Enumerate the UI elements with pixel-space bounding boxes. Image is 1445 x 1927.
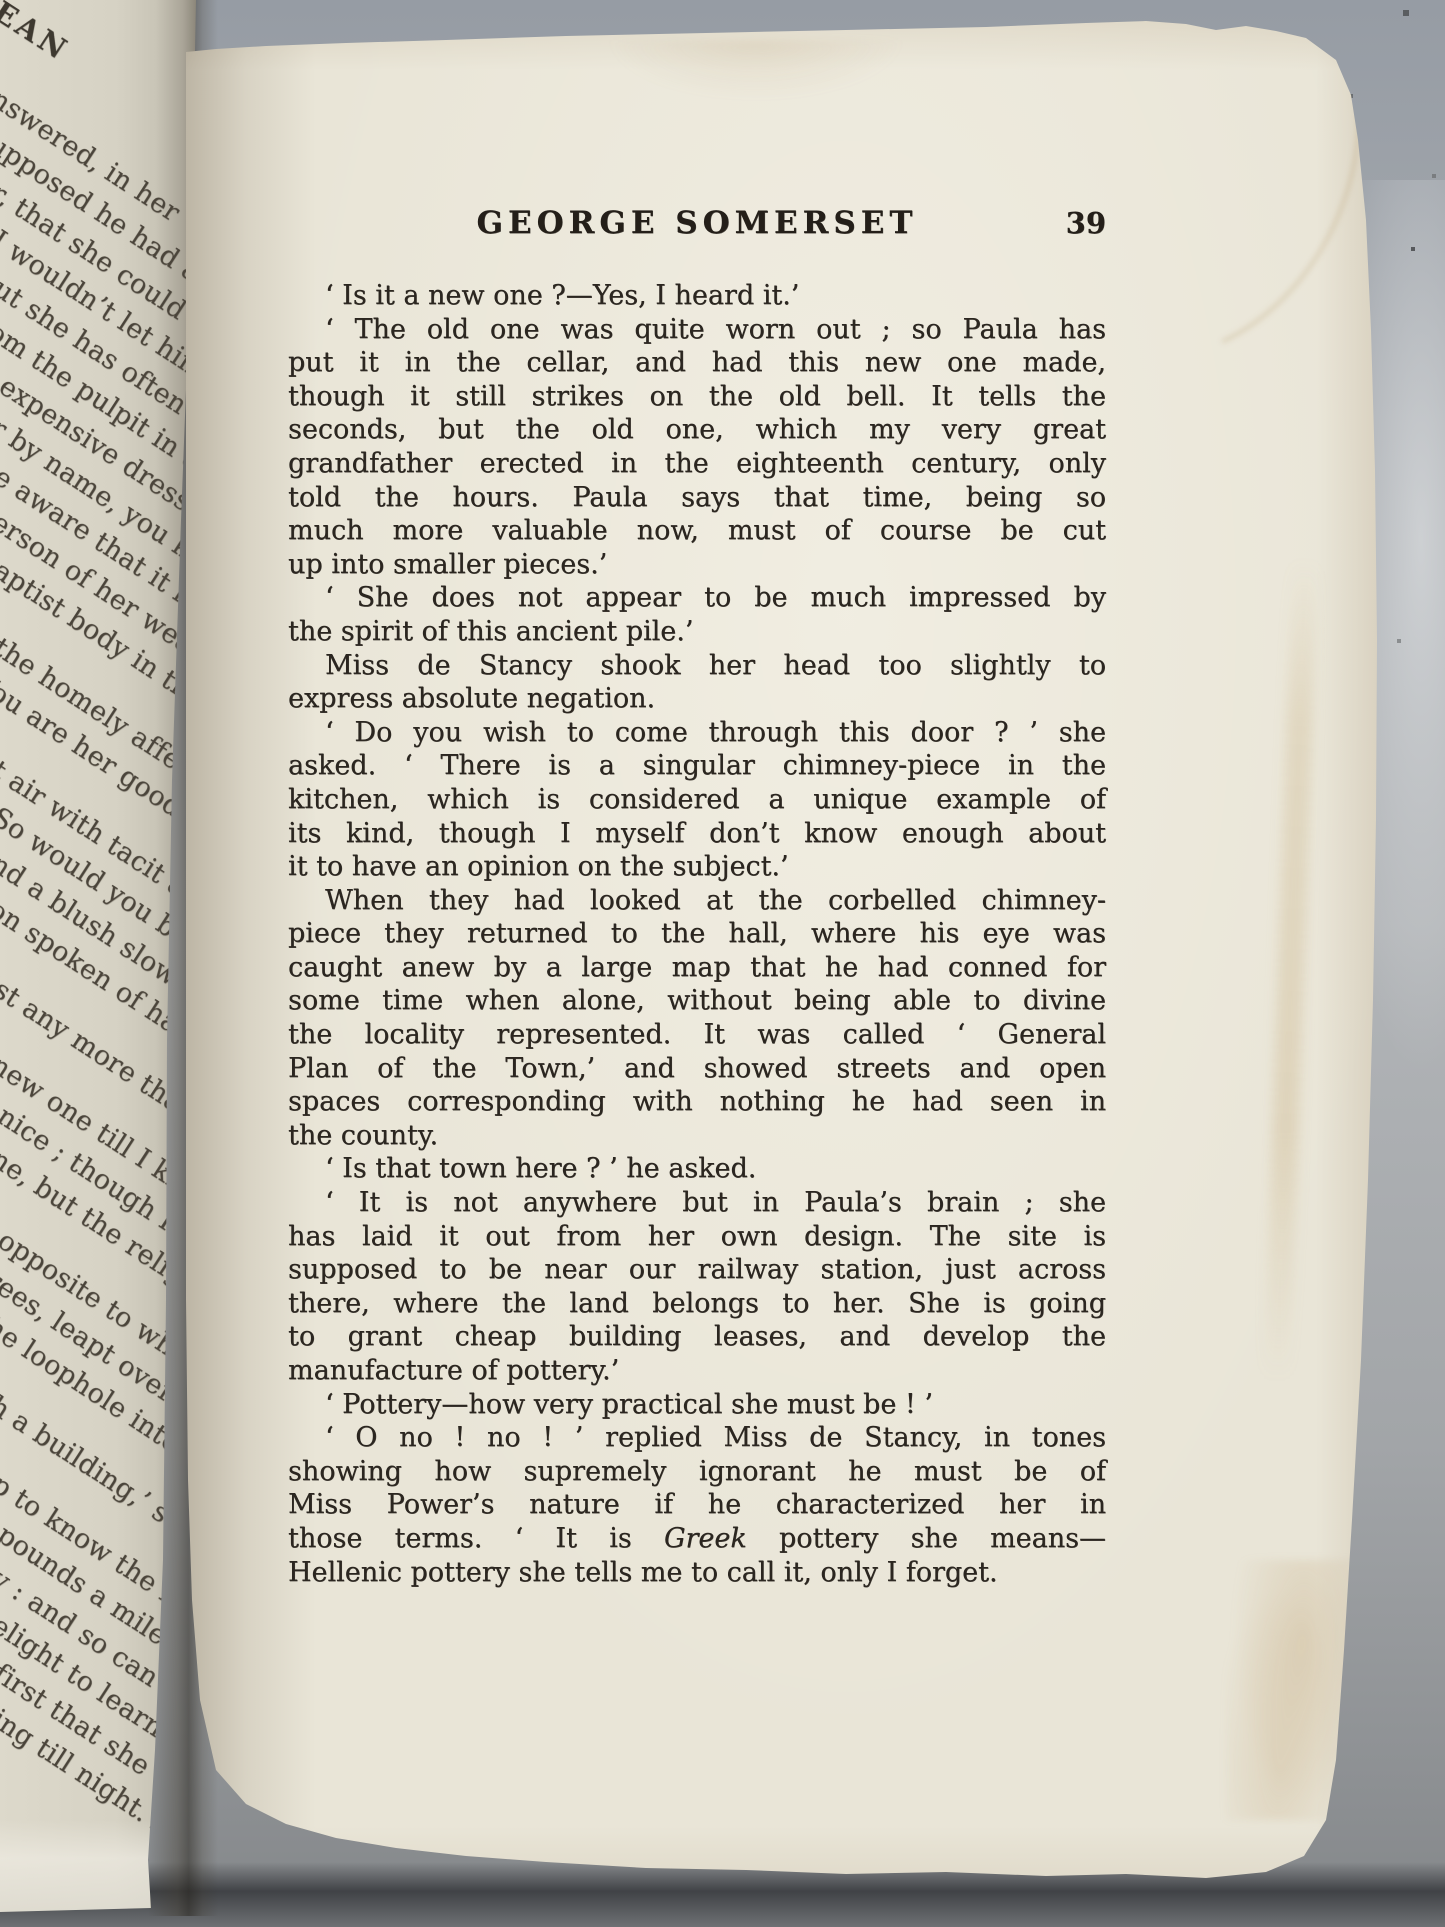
body-line: showing how supremely ignorant he must b… [288, 1455, 1106, 1489]
italic-text: Greek [664, 1523, 747, 1554]
text-segment: much more valuable now, must of course b… [288, 515, 1106, 546]
text-segment: seconds, but the old one, which my very … [288, 414, 1106, 445]
text-segment: put it in the cellar, and had this new o… [288, 347, 1106, 378]
body-line: supposed to be near our railway station,… [288, 1253, 1106, 1287]
text-segment: supposed to be near our railway station,… [288, 1254, 1106, 1285]
text-segment: caught anew by a large map that he had c… [288, 952, 1106, 983]
text-segment: grandfather erected in the eighteenth ce… [288, 448, 1106, 479]
body-line: the locality represented. It was called … [288, 1018, 1106, 1052]
stain-streak [1264, 560, 1319, 1380]
text-segment: ‘ Do you wish to come through this door … [325, 717, 1106, 748]
text-segment: has laid it out from her own design. The… [288, 1221, 1106, 1252]
stain-corner [1226, 1560, 1356, 1820]
body-line: ‘ O no ! no ! ’ replied Miss de Stancy, … [288, 1421, 1106, 1455]
text-segment: Plan of the Town,’ and showed streets an… [288, 1053, 1106, 1084]
text-segment: ‘ Is it a new one ?—Yes, I heard it.’ [325, 280, 799, 311]
text-segment: kitchen, which is considered a unique ex… [288, 784, 1106, 815]
text-segment: to grant cheap building leases, and deve… [288, 1321, 1106, 1352]
text-segment: ‘ Is that town here ? ’ he asked. [325, 1153, 756, 1184]
body-line: ‘ It is not anywhere but in Paula’s brai… [288, 1186, 1106, 1220]
body-line: some time when alone, without being able… [288, 984, 1106, 1018]
text-segment: When they had looked at the corbelled ch… [325, 885, 1106, 916]
body-text: ‘ Is it a new one ?—Yes, I heard it.’‘ T… [288, 279, 1106, 1589]
body-line: its kind, though I myself don’t know eno… [288, 817, 1106, 851]
left-running-head-fragment: EAN [0, 0, 76, 68]
body-line: the county. [288, 1119, 1106, 1153]
main-page: GEORGE SOMERSET 39 ‘ Is it a new one ?—Y… [186, 0, 1386, 1916]
body-line: it to have an opinion on the subject.’ [288, 850, 1106, 884]
text-segment: Hellenic pottery she tells me to call it… [288, 1557, 998, 1588]
body-line: ‘ Pottery—how very practical she must be… [288, 1388, 1106, 1422]
body-line: ‘ Is it a new one ?—Yes, I heard it.’ [288, 279, 1106, 313]
page-number: 39 [1006, 206, 1106, 240]
text-segment: it to have an opinion on the subject.’ [288, 851, 789, 882]
left-page-fore-edge [0, 1820, 150, 1916]
text-segment: though it still strikes on the old bell.… [288, 381, 1106, 412]
body-line: Plan of the Town,’ and showed streets an… [288, 1052, 1106, 1086]
body-line: put it in the cellar, and had this new o… [288, 346, 1106, 380]
text-segment: spaces corresponding with nothing he had… [288, 1086, 1106, 1117]
body-line: to grant cheap building leases, and deve… [288, 1320, 1106, 1354]
book-photo: EANanswered, in hersupposed he had a per… [0, 0, 1445, 1927]
text-segment: its kind, though I myself don’t know eno… [288, 818, 1106, 849]
body-line: Miss Power’s nature if he characterized … [288, 1488, 1106, 1522]
text-segment: pottery she means— [747, 1523, 1106, 1554]
text-segment: ‘ Pottery—how very practical she must be… [325, 1389, 933, 1420]
body-line: told the hours. Paula says that time, be… [288, 481, 1106, 515]
body-line: grandfather erected in the eighteenth ce… [288, 447, 1106, 481]
text-segment: told the hours. Paula says that time, be… [288, 482, 1106, 513]
body-line: asked. ‘ There is a singular chimney-pie… [288, 749, 1106, 783]
body-line: ‘ She does not appear to be much impress… [288, 581, 1106, 615]
text-segment: those terms. ‘ It is [288, 1523, 664, 1554]
body-line: ‘ Is that town here ? ’ he asked. [288, 1152, 1106, 1186]
text-segment: the county. [288, 1120, 438, 1151]
text-segment: Miss de Stancy shook her head too slight… [325, 650, 1106, 681]
body-line: piece they returned to the hall, where h… [288, 917, 1106, 951]
body-line: there, where the land belongs to her. Sh… [288, 1287, 1106, 1321]
stain-top [606, 40, 906, 100]
text-segment: up into smaller pieces.’ [288, 549, 607, 580]
text-segment: ‘ She does not appear to be much impress… [325, 582, 1106, 613]
text-segment: express absolute negation. [288, 683, 655, 714]
body-line: caught anew by a large map that he had c… [288, 951, 1106, 985]
body-line: spaces corresponding with nothing he had… [288, 1085, 1106, 1119]
body-line: express absolute negation. [288, 682, 1106, 716]
text-segment: Miss Power’s nature if he characterized … [288, 1489, 1106, 1520]
body-line: ‘ The old one was quite worn out ; so Pa… [288, 313, 1106, 347]
body-line: manufacture of pottery.’ [288, 1354, 1106, 1388]
text-segment: the locality represented. It was called … [288, 1019, 1106, 1050]
text-segment: asked. ‘ There is a singular chimney-pie… [288, 750, 1106, 781]
running-head: GEORGE SOMERSET [288, 205, 1106, 241]
text-segment: ‘ It is not anywhere but in Paula’s brai… [325, 1187, 1106, 1218]
text-segment: piece they returned to the hall, where h… [288, 918, 1106, 949]
body-line: ‘ Do you wish to come through this door … [288, 716, 1106, 750]
body-line: though it still strikes on the old bell.… [288, 380, 1106, 414]
body-line: kitchen, which is considered a unique ex… [288, 783, 1106, 817]
text-segment: ‘ The old one was quite worn out ; so Pa… [325, 314, 1106, 345]
text-segment: some time when alone, without being able… [288, 985, 1106, 1016]
text-segment: the spirit of this ancient pile.’ [288, 616, 693, 647]
body-line: seconds, but the old one, which my very … [288, 413, 1106, 447]
body-line: Miss de Stancy shook her head too slight… [288, 649, 1106, 683]
body-line: up into smaller pieces.’ [288, 548, 1106, 582]
text-segment: manufacture of pottery.’ [288, 1355, 619, 1386]
body-line: When they had looked at the corbelled ch… [288, 884, 1106, 918]
text-segment: showing how supremely ignorant he must b… [288, 1456, 1106, 1487]
body-line: much more valuable now, must of course b… [288, 514, 1106, 548]
text-segment: ‘ O no ! no ! ’ replied Miss de Stancy, … [325, 1422, 1106, 1453]
body-line: has laid it out from her own design. The… [288, 1220, 1106, 1254]
body-line: Hellenic pottery she tells me to call it… [288, 1556, 1106, 1590]
body-line: the spirit of this ancient pile.’ [288, 615, 1106, 649]
text-segment: there, where the land belongs to her. Sh… [288, 1288, 1106, 1319]
body-line: those terms. ‘ It is Greek pottery she m… [288, 1522, 1106, 1556]
